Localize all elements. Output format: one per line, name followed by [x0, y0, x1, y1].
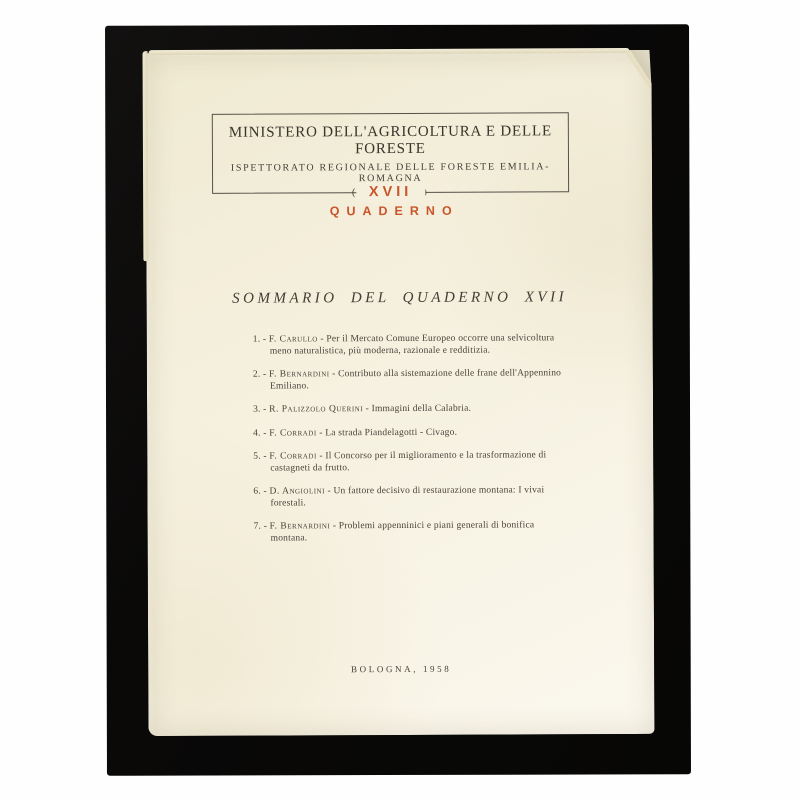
toc-separator: - [366, 404, 369, 414]
inspectorate-line: ISPETTORATO REGIONALE DELLE FORESTE EMIL… [213, 161, 568, 185]
toc-separator: - [319, 451, 322, 461]
toc-item-number: 7. [254, 522, 262, 532]
series-number: XVII [356, 183, 425, 202]
toc-separator: - [327, 486, 330, 496]
toc-item-7: 7. - F. Bernardini - Problemi appenninic… [254, 520, 568, 544]
toc-item-number: 1. [253, 335, 261, 345]
toc-item-1: 1. - F. Carullo - Per il Mercato Comune … [253, 333, 567, 357]
toc-item-3: 3. - R. Palizzolo Querini - Immagini del… [253, 403, 567, 416]
toc-separator: - [332, 369, 335, 379]
toc-separator: - [263, 405, 266, 415]
toc-item-author: F. Carullo [269, 334, 318, 344]
toc-item-2: 2. - F. Bernardini - Contributo alla sis… [253, 368, 567, 392]
header-box: MINISTERO DELL'AGRICOLTURA E DELLE FORES… [212, 112, 569, 194]
toc-item-number: 3. [253, 405, 261, 415]
toc-item-5: 5. - F. Corradi - Il Concorso per il mig… [253, 450, 567, 474]
book-cover-photo: MINISTERO DELL'AGRICOLTURA E DELLE FORES… [0, 0, 800, 800]
toc-item-4: 4. - F. Corradi - La strada Piandelagott… [253, 427, 567, 440]
corner-curl-fold [626, 50, 652, 90]
toc-item-author: F. Corradi [269, 428, 316, 438]
toc-item-6: 6. - D. Angiolini - Un fattore decisivo … [253, 485, 567, 509]
toc-separator: - [263, 370, 266, 380]
toc-separator: - [263, 452, 266, 462]
booklet-cover: MINISTERO DELL'AGRICOLTURA E DELLE FORES… [146, 51, 655, 736]
toc-separator: - [263, 335, 266, 345]
toc-separator: - [264, 487, 267, 497]
toc-separator: - [264, 522, 267, 532]
toc-item-number: 5. [253, 452, 261, 462]
toc-item-number: 4. [253, 428, 261, 438]
imprint-line: BOLOGNA, 1958 [148, 663, 654, 675]
ministry-line: MINISTERO DELL'AGRICOLTURA E DELLE FORES… [213, 123, 568, 159]
series-label: QUADERNO [213, 203, 568, 219]
toc-item-author: F. Corradi [269, 451, 316, 461]
toc-separator: - [333, 521, 336, 531]
toc-separator: - [263, 428, 266, 438]
toc-item-title: Immagini della Calabria. [372, 404, 472, 414]
toc-item-title: La strada Piandelagotti - Civago. [325, 427, 457, 438]
toc-item-number: 6. [253, 487, 261, 497]
toc-list: 1. - F. Carullo - Per il Mercato Comune … [253, 333, 568, 556]
page-edge-top [148, 48, 629, 55]
toc-item-number: 2. [253, 370, 261, 380]
toc-separator: - [320, 334, 323, 344]
toc-item-author: F. Bernardini [269, 369, 330, 379]
page-edge-left [143, 51, 149, 261]
toc-separator: - [319, 428, 322, 438]
toc-item-author: F. Bernardini [270, 521, 331, 531]
toc-item-author: R. Palizzolo Querini [269, 404, 363, 414]
toc-item-author: D. Angiolini [269, 486, 324, 496]
sommario-heading: SOMMARIO DEL QUADERNO XVII [147, 289, 653, 308]
